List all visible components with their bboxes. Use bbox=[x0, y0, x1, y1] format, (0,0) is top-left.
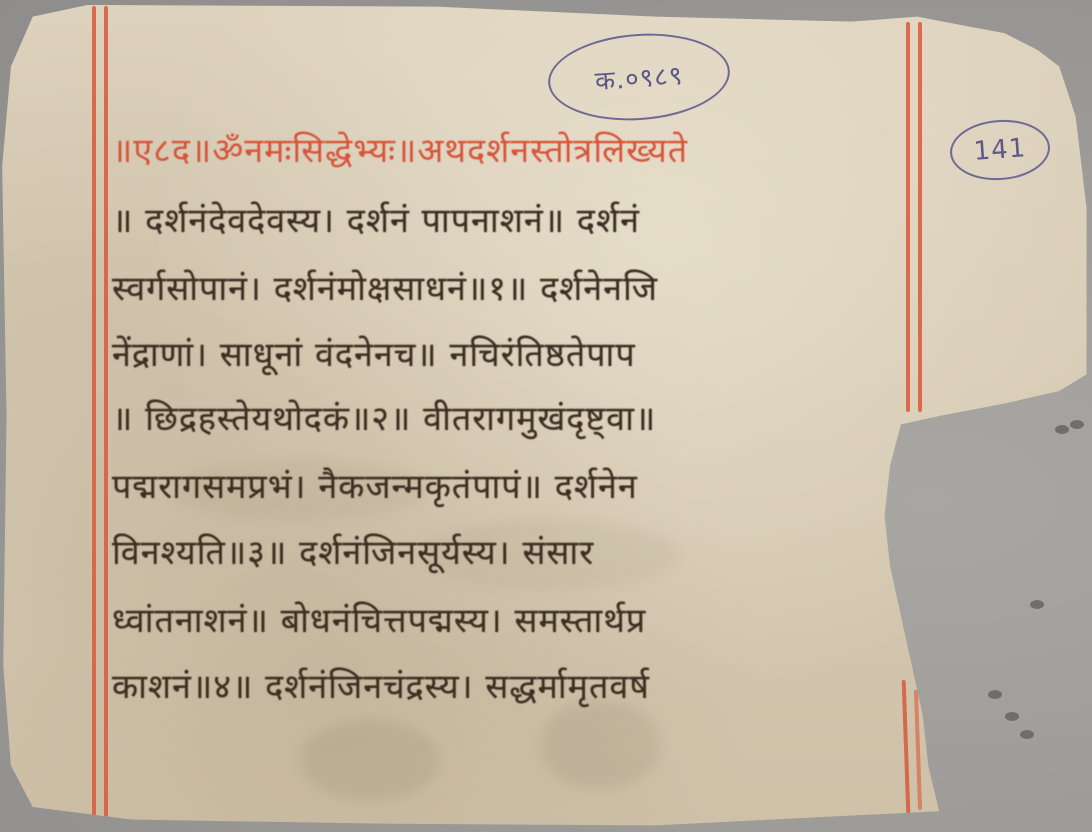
margin-rule-right-outer bbox=[906, 22, 910, 412]
water-stain bbox=[540, 700, 660, 790]
margin-rule-right-lower-inner bbox=[914, 690, 922, 810]
heading-line: ॥ए८द॥ॐनमःसिद्धेभ्यः॥अथदर्शनस्तोत्रलिख्यत… bbox=[112, 126, 688, 172]
text-line-7: ध्वांतनाशनं॥ बोधनंचित्तपद्मस्य। समस्तार्… bbox=[112, 596, 646, 642]
text-line-2: स्वर्गसोपानं। दर्शनंमोक्षसाधनं॥१॥ दर्शने… bbox=[112, 264, 658, 310]
photo-stage: ॥ए८द॥ॐनमःसिद्धेभ्यः॥अथदर्शनस्तोत्रलिख्यत… bbox=[0, 0, 1092, 832]
margin-rule-right-lower bbox=[902, 680, 911, 815]
text-line-4: ॥ छिद्रहस्तेयथोदकं॥२॥ वीतरागमुखंदृष्ट्वा… bbox=[112, 394, 656, 440]
text-line-6: विनश्यति॥३॥ दर्शनंजिनसूर्यस्य। संसार bbox=[112, 528, 594, 574]
manuscript-leaf: ॥ए८द॥ॐनमःसिद्धेभ्यः॥अथदर्शनस्तोत्रलिख्यत… bbox=[0, 0, 1092, 832]
text-line-8: काशनं॥४॥ दर्शनंजिनचंद्रस्य। सद्धर्मामृतव… bbox=[112, 662, 650, 708]
folio-number-annotation: 141 bbox=[948, 117, 1052, 184]
board-hole bbox=[1020, 730, 1034, 739]
text-line-3: नेंद्राणां। साधूनां वंदनेनच॥ नचिरंतिष्ठत… bbox=[112, 330, 636, 376]
text-line-5: पद्मरागसमप्रभं। नैकजन्मकृतंपापं॥ दर्शनेन bbox=[112, 462, 638, 508]
board-hole bbox=[1030, 600, 1044, 609]
margin-rule-left-outer bbox=[92, 6, 96, 818]
margin-rule-right-inner bbox=[918, 22, 922, 412]
folio-number-text: 141 bbox=[973, 133, 1028, 167]
board-hole bbox=[1070, 420, 1084, 429]
board-hole bbox=[988, 690, 1002, 699]
board-hole bbox=[1055, 425, 1069, 434]
accession-number-text: क.०९८९ bbox=[594, 56, 685, 98]
margin-rule-left-inner bbox=[104, 6, 108, 818]
accession-number-annotation: क.०९८९ bbox=[545, 28, 733, 126]
text-line-1: ॥ दर्शनंदेवदेवस्य। दर्शनं पापनाशनं॥ दर्श… bbox=[112, 196, 640, 242]
board-hole bbox=[1005, 712, 1019, 721]
water-stain bbox=[300, 720, 440, 800]
